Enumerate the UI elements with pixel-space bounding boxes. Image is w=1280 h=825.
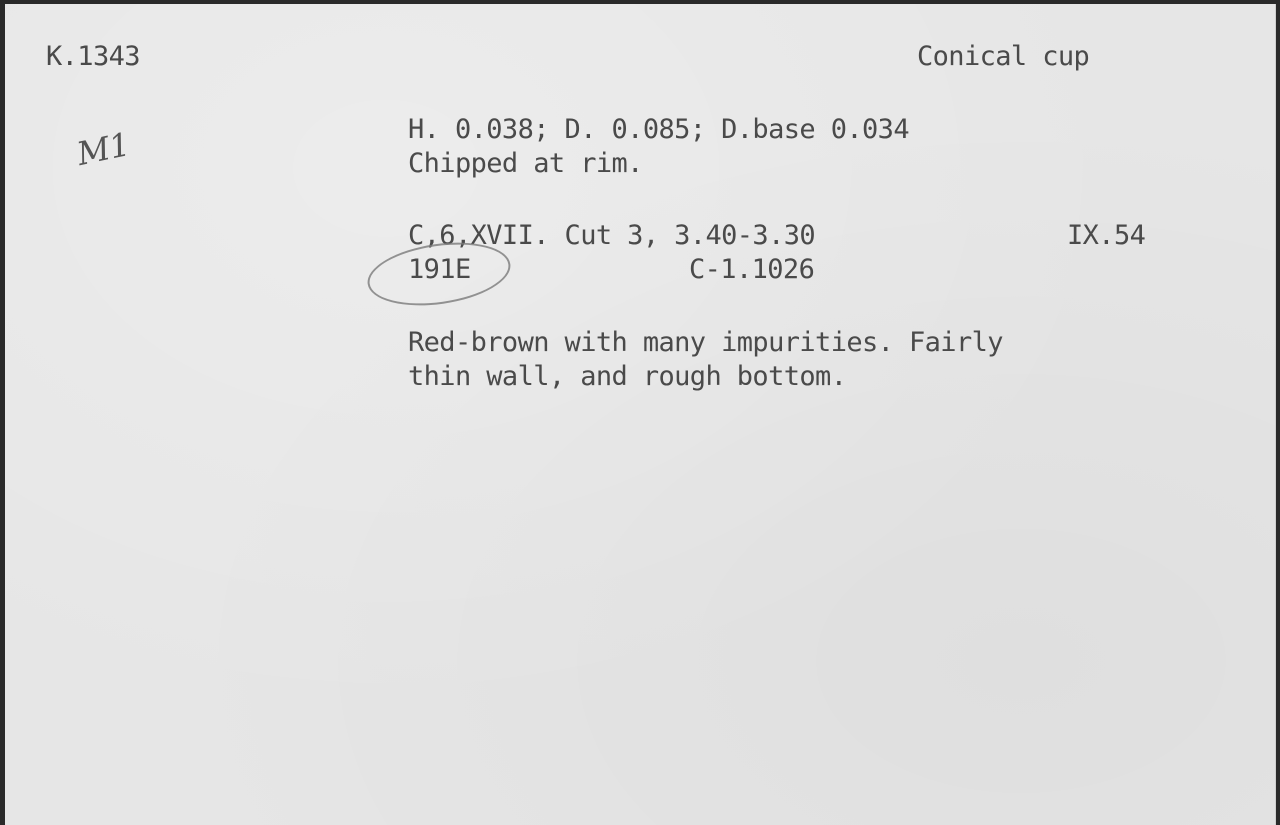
- circled-code: 191E: [408, 253, 471, 287]
- condition: Chipped at rim.: [408, 147, 643, 181]
- description-line-2: thin wall, and rough bottom.: [408, 360, 846, 394]
- description-line-1: Red-brown with many impurities. Fairly: [408, 326, 1003, 360]
- handwritten-mark: M1: [74, 125, 134, 173]
- catalog-card: K.1343 Conical cup M1 H. 0.038; D. 0.085…: [5, 4, 1276, 825]
- reference-number: C-1.1026: [689, 253, 814, 287]
- catalog-number: K.1343: [46, 40, 140, 74]
- date: IX.54: [1067, 219, 1145, 253]
- dimensions: H. 0.038; D. 0.085; D.base 0.034: [408, 113, 909, 147]
- object-type: Conical cup: [917, 40, 1089, 74]
